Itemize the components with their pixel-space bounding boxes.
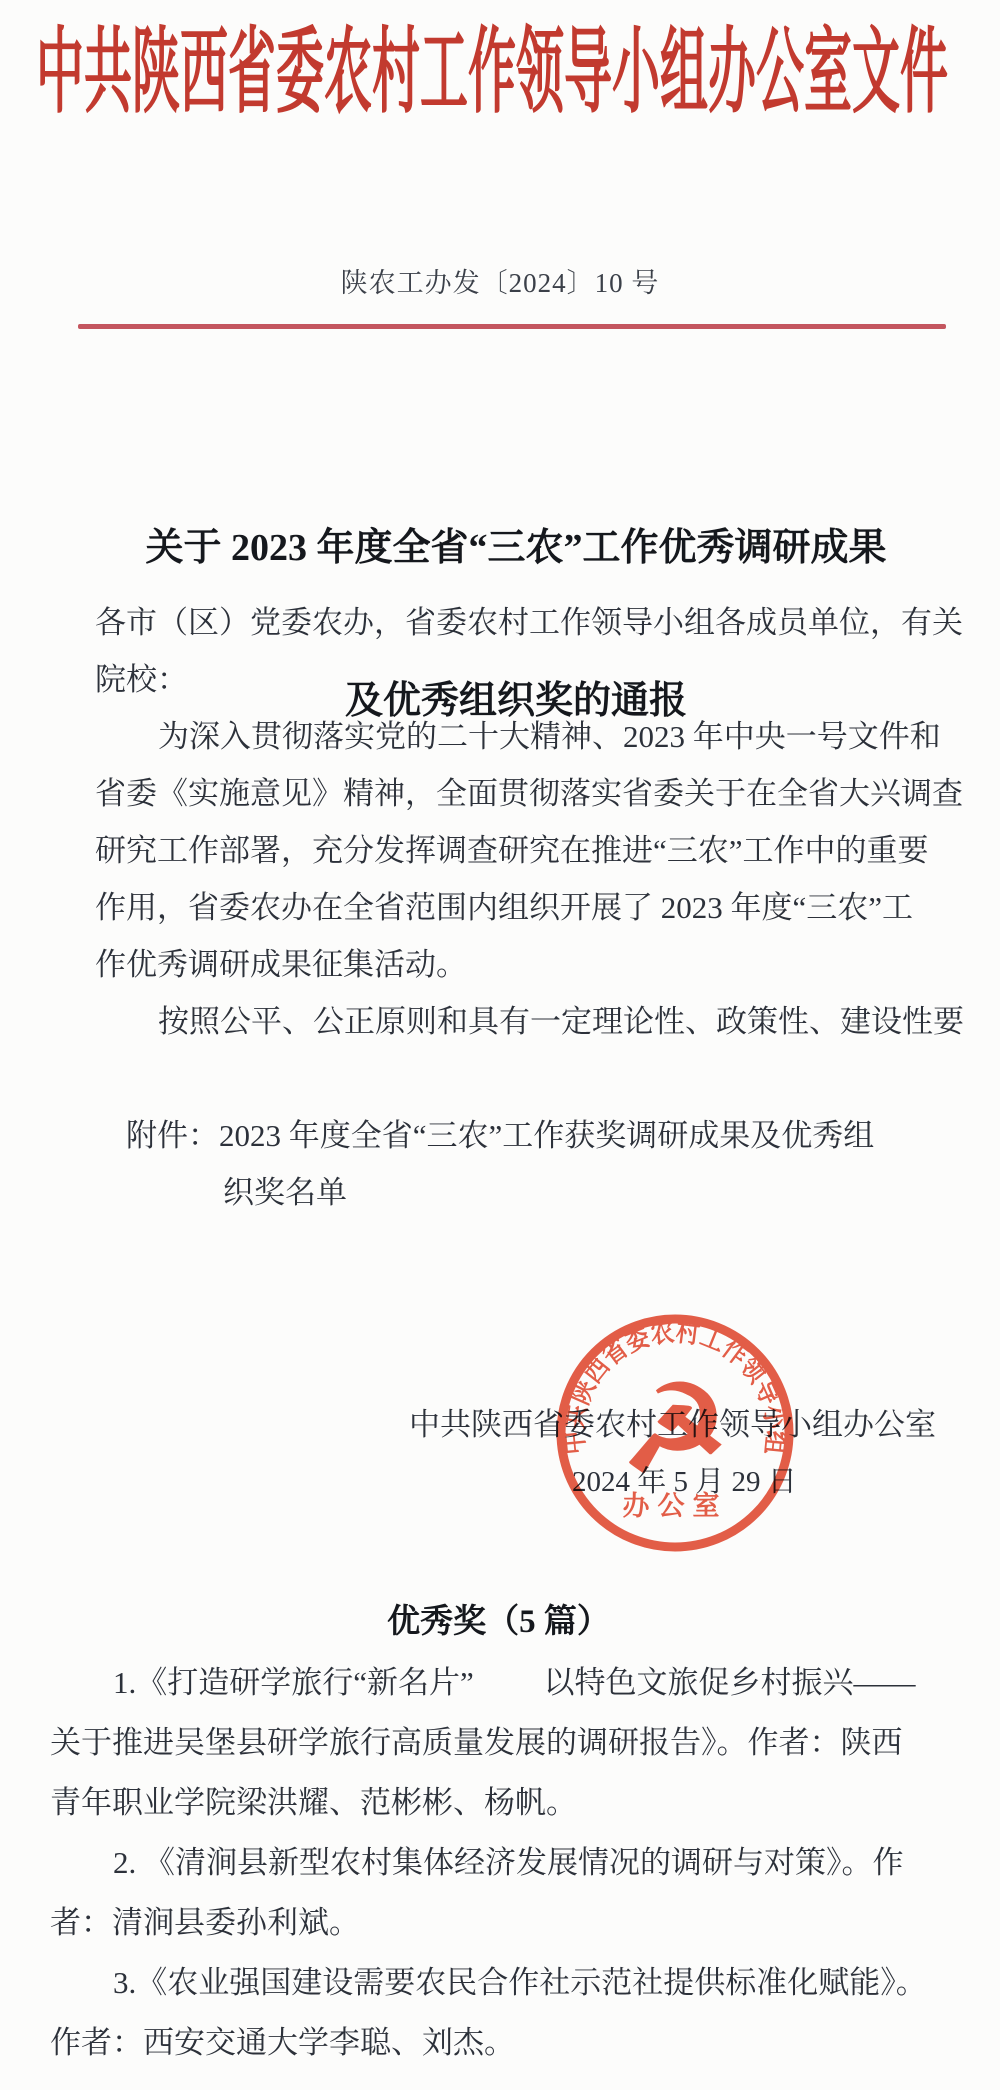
award-item-1-line: 1.《打造研学旅行“新名片” 以特色文旅促乡村振兴—— — [50, 1653, 947, 1713]
award-item-1-line: 青年职业学院梁洪耀、范彬彬、杨帆。 — [50, 1773, 947, 1833]
body-line-salutation-2: 院校： — [95, 651, 947, 708]
document-header-org-title: 中共陕西省委农村工作领导小组办公室文件 — [0, 28, 992, 122]
award-item-3-line: 3.《农业强国建设需要农民合作社示范社提供标准化赋能》。 — [50, 1953, 947, 2013]
body-blank-line — [95, 1050, 947, 1107]
signature-organization: 中共陕西省委农村工作领导小组办公室 — [409, 1407, 936, 1443]
award-item-1-line: 关于推进吴堡县研学旅行高质量发展的调研报告》。作者：陕西 — [50, 1713, 947, 1773]
award-item-3-line: 作者：西安交通大学李聪、刘杰。 — [50, 2013, 947, 2073]
red-divider-line — [78, 324, 946, 329]
body-line: 作优秀调研成果征集活动。 — [95, 936, 947, 993]
body-line: 研究工作部署，充分发挥调查研究在推进“三农”工作中的重要 — [95, 822, 947, 879]
body-line-salutation-1: 各市（区）党委农办，省委农村工作领导小组各成员单位，有关 — [95, 594, 947, 651]
award-item-2-line: 者：清涧县委孙利斌。 — [50, 1893, 947, 1953]
document-body: 各市（区）党委农办，省委农村工作领导小组各成员单位，有关 院校： 为深入贯彻落实… — [95, 594, 947, 1221]
awards-section-heading: 优秀奖（5 篇） — [50, 1601, 947, 1643]
body-line: 按照公平、公正原则和具有一定理论性、政策性、建设性要 — [95, 993, 947, 1050]
body-line: 为深入贯彻落实党的二十大精神、2023 年中央一号文件和 — [95, 708, 947, 765]
body-line: 省委《实施意见》精神，全面贯彻落实省委关于在全省大兴调查 — [95, 765, 947, 822]
awards-list: 1.《打造研学旅行“新名片” 以特色文旅促乡村振兴—— 关于推进吴堡县研学旅行高… — [50, 1653, 947, 2073]
signature-date: 2024 年 5 月 29 日 — [572, 1465, 797, 1499]
attachment-line-2: 织奖名单 — [95, 1164, 947, 1221]
body-line: 作用，省委农办在全省范围内组织开展了 2023 年度“三农”工 — [95, 879, 947, 936]
attachment-line-1: 附件：2023 年度全省“三农”工作获奖调研成果及优秀组 — [95, 1107, 947, 1164]
document-page: 中共陕西省委农村工作领导小组办公室文件 陕农工办发〔2024〕10 号 关于 2… — [0, 0, 1000, 2090]
award-item-2-line: 2. 《清涧县新型农村集体经济发展情况的调研与对策》。作 — [50, 1833, 947, 1893]
document-title-line-1: 关于 2023 年度全省“三农”工作优秀调研成果 — [95, 523, 937, 574]
document-number: 陕农工办发〔2024〕10 号 — [0, 261, 1000, 300]
